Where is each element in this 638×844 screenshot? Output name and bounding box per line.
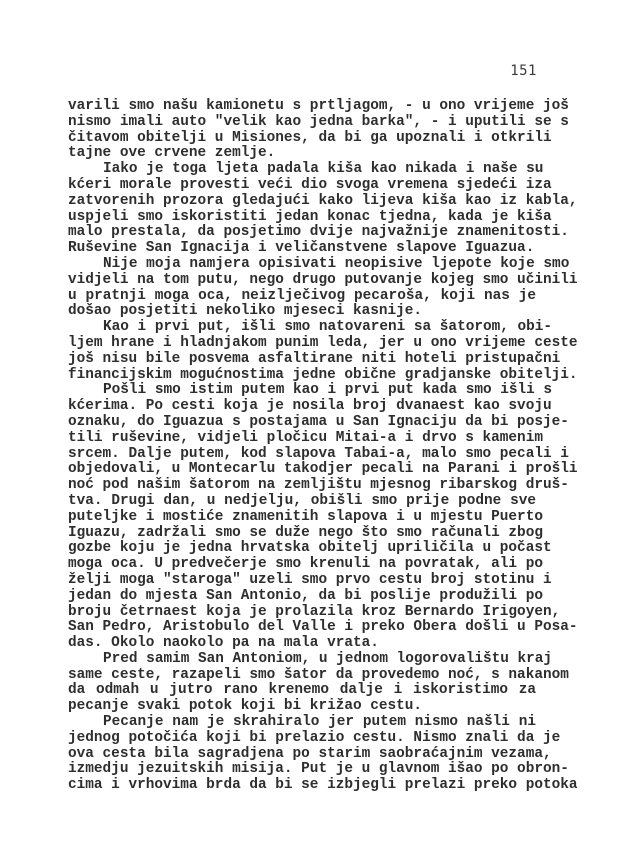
- text-line: jednog potočića koji bi prelazio cestu. …: [68, 731, 536, 747]
- text-line: čitavom obitelji u Misiones, da bi ga up…: [68, 131, 536, 147]
- text-line: Pred samim San Antoniom, u jednom logoro…: [68, 652, 536, 668]
- text-line: malo prestala, da posjetimo dvije najvaž…: [68, 225, 536, 241]
- text-line: još nisu bile posvema asfaltirane niti h…: [68, 352, 536, 368]
- text-line: jedan do mjesta San Antonio, da bi posli…: [68, 589, 536, 605]
- text-line: moga oca. U predvečerje smo krenuli na p…: [68, 557, 536, 573]
- text-line: Pecanje nam je skrahiralo jer putem nism…: [68, 715, 536, 731]
- text-line: da odmah u jutro rano krenemo dalje i is…: [68, 683, 536, 699]
- text-line: vidjeli na tom putu, nego drugo putovanj…: [68, 273, 536, 289]
- body-text: varili smo našu kamionetu s prtljagom, -…: [68, 99, 536, 794]
- text-line: financijskim mogućnostima jedne obične g…: [68, 368, 536, 384]
- text-line: same ceste, razapeli smo šator da proved…: [68, 668, 536, 684]
- text-line: oznaku, do Iguazua s postajama u San Ign…: [68, 415, 536, 431]
- text-line: puteljke i mostiće znamenitih slapova i …: [68, 510, 536, 526]
- text-line: izmedju jezuitskih misija. Put je u glav…: [68, 762, 536, 778]
- text-line: srcem. Dalje putem, kod slapova Tabai-a,…: [68, 447, 536, 463]
- text-line: San Pedro, Aristobulo del Valle i preko …: [68, 620, 536, 636]
- text-line: tili ruševine, vidjeli pločicu Mitai-a i…: [68, 431, 536, 447]
- text-line: Iguazu, zadržali smo se duže nego što sm…: [68, 526, 536, 542]
- text-line: gozbe koju je jedna hrvatska obitelj upr…: [68, 541, 536, 557]
- text-line: kćeri morale provesti veći dio svoga vre…: [68, 178, 536, 194]
- page-number: 151: [505, 63, 537, 79]
- document-page: 151 varili smo našu kamionetu s prtljago…: [0, 0, 638, 844]
- text-line: ova cesta bila sagradjena po starim saob…: [68, 747, 536, 763]
- text-line: objedovali, u Montecarlu takodjer pecali…: [68, 462, 536, 478]
- text-line: ljem hrane i hladnjakom punim leda, jer …: [68, 336, 536, 352]
- text-line: tva. Drugi dan, u nedjelju, obišli smo p…: [68, 494, 536, 510]
- text-line: Pošli smo istim putem kao i prvi put kad…: [68, 383, 536, 399]
- text-line: nismo imali auto "velik kao jedna barka"…: [68, 115, 536, 131]
- text-line: das. Okolo naokolo pa na mala vrata.: [68, 636, 536, 652]
- text-line: želji moga "staroga" uzeli smo prvo cest…: [68, 573, 536, 589]
- text-line: noć pod našim šatorom na zemljištu mjesn…: [68, 478, 536, 494]
- text-line: zatvorenih prozora gledajući kako lijeva…: [68, 194, 536, 210]
- text-line: došao posjetiti nekoliko mjeseci kasnije…: [68, 304, 536, 320]
- text-line: Ruševine San Ignacija i veličanstvene sl…: [68, 241, 536, 257]
- text-line: varili smo našu kamionetu s prtljagom, -…: [68, 99, 536, 115]
- text-line: Kao i prvi put, išli smo natovareni sa š…: [68, 320, 536, 336]
- text-line: u pratnji moga oca, neizlječivog pecaroš…: [68, 289, 536, 305]
- text-line: Nije moja namjera opisivati neopisive lj…: [68, 257, 536, 273]
- text-line: tajne ove crvene zemlje.: [68, 146, 536, 162]
- text-line: broju četrnaest koja je prolazila kroz B…: [68, 605, 536, 621]
- text-line: cima i vrhovima brda da bi se izbjegli p…: [68, 778, 536, 794]
- text-line: kćerima. Po cesti koja je nosila broj dv…: [68, 399, 536, 415]
- text-line: pecanje svaki potok koji bi križao cestu…: [68, 699, 536, 715]
- text-line: Iako je toga ljeta padala kiša kao nikad…: [68, 162, 536, 178]
- text-line: uspjeli smo iskoristiti jedan konac tjed…: [68, 210, 536, 226]
